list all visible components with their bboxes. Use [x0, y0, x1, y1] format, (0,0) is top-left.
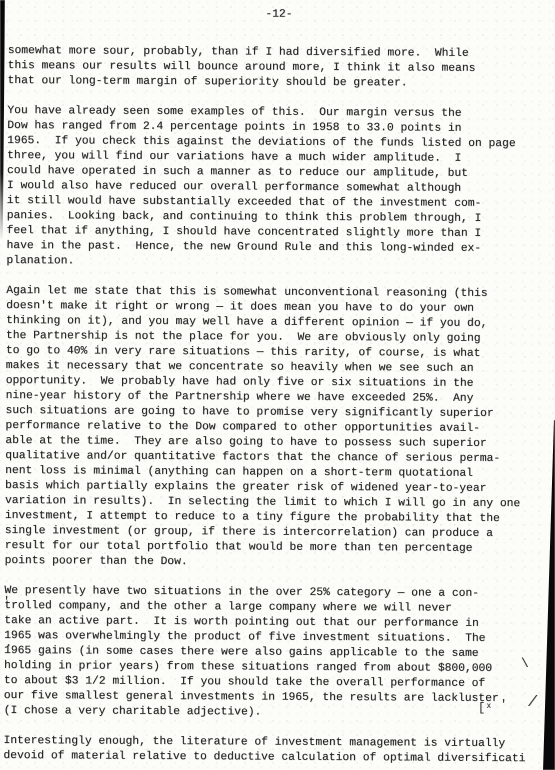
letter-body: somewhat more sour, probably, than if I …: [3, 44, 549, 767]
stray-tick-mark-left: ': [3, 595, 10, 609]
page-number: -12-: [8, 6, 550, 24]
page-content: -12- somewhat more sour, probably, than …: [3, 6, 550, 767]
stray-backslash-mark: \: [521, 656, 529, 671]
stray-dot-mark-left: .: [5, 636, 12, 650]
paragraph-1: somewhat more sour, probably, than if I …: [7, 44, 549, 92]
stray-tick-mark-right: ': [500, 698, 507, 712]
paragraph-2: You have already seen some examples of t…: [6, 104, 549, 272]
stray-slash-mark: /: [528, 694, 537, 711]
stray-bracket-mark: [ˣ: [478, 701, 492, 715]
scanned-letter-page: -12- somewhat more sour, probably, than …: [0, 0, 555, 770]
scan-edge-left-artifact: [0, 0, 5, 240]
paragraph-4: We presently have two situations in the …: [4, 584, 547, 722]
paragraph-5: Interestingly enough, the literature of …: [3, 734, 545, 767]
paragraph-3: Again let me state that this is somewhat…: [5, 284, 549, 572]
